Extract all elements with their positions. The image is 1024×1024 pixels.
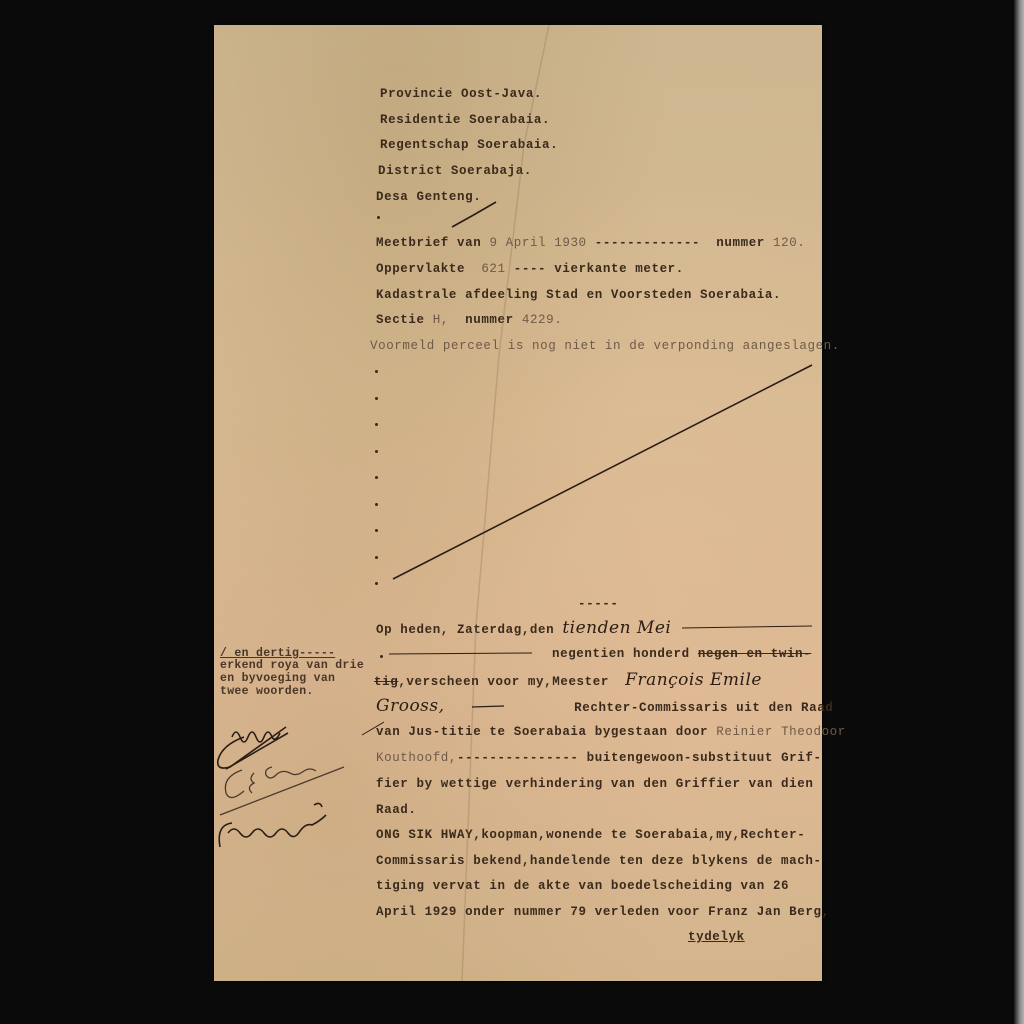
pen-line bbox=[472, 706, 504, 707]
pen-line bbox=[362, 722, 384, 735]
pen-line bbox=[682, 626, 812, 628]
pen-strokes bbox=[214, 25, 822, 981]
signature-1 bbox=[218, 727, 288, 769]
scanner-edge bbox=[1014, 0, 1024, 1024]
document-page: Provincie Oost-Java. Residentie Soerabai… bbox=[214, 25, 822, 981]
pen-stroke-short bbox=[452, 202, 496, 227]
cancel-diagonal-line bbox=[393, 365, 812, 579]
signature-2 bbox=[220, 767, 344, 815]
signature-3 bbox=[219, 803, 326, 847]
pen-line bbox=[389, 653, 532, 654]
